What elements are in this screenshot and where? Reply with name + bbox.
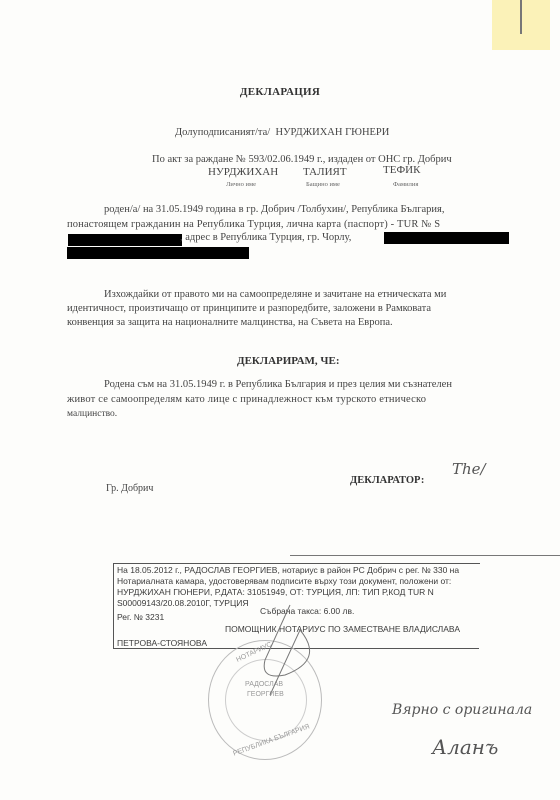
notary-signature-scribble — [230, 600, 340, 720]
redaction-address — [384, 232, 509, 244]
notary-line-1: На 18.05.2012 г., РАДОСЛАВ ГЕОРГИЕВ, нот… — [117, 565, 459, 575]
father-name-caption: Бащино име — [306, 181, 340, 188]
intro-line-1: Изхождайки от правото ми на самоопределя… — [104, 289, 446, 300]
birth-line-1: роден/а/ на 31.05.1949 година в гр. Добр… — [104, 204, 445, 215]
handwritten-signature: Аланъ — [432, 735, 498, 759]
document-title: ДЕКЛАРАЦИЯ — [0, 86, 560, 98]
undersigned-line: Долуподписаният/та/ НУРДЖИХАН ГЮНЕРИ — [175, 127, 389, 138]
family-name-caption: Фамилия — [393, 181, 418, 188]
sticky-note — [492, 0, 550, 50]
birth-line-3: , адрес в Република Турция, гр. Чорлу, — [180, 232, 351, 243]
undersigned-name: НУРДЖИХАН ГЮНЕРИ — [275, 127, 389, 138]
notary-line-2: Нотариалната камара, удостоверявам подпи… — [117, 576, 451, 586]
redaction-address-2 — [67, 247, 249, 259]
first-name-caption: Лично име — [226, 181, 256, 188]
notary-line-3: НУРДЖИХАН ГЮНЕРИ, Р.ДАТА: 31051949, ОТ: … — [117, 587, 434, 597]
intro-line-2: идентичност, произтичащо от принципите и… — [67, 303, 431, 314]
city-label: Гр. Добрич — [106, 483, 153, 494]
first-name: НУРДЖИХАН — [208, 166, 278, 178]
pen-mark — [520, 0, 522, 34]
undersigned-label: Долуподписаният/та/ — [175, 127, 270, 138]
declare-line-1: Родена съм на 31.05.1949 г. в Република … — [104, 379, 452, 390]
notary-assistant-name: ПЕТРОВА-СТОЯНОВА — [117, 638, 207, 648]
notary-top-line — [290, 555, 560, 556]
birth-line-2: понастоящем гражданин на Република Турци… — [67, 219, 440, 230]
declare-line-3: малцинство. — [67, 409, 117, 419]
declarator-label: ДЕКЛАРАТОР: — [350, 475, 424, 486]
redaction-passport — [68, 234, 182, 246]
declare-line-2: живот се самоопределям като лице с прина… — [67, 394, 426, 405]
declare-heading: ДЕКЛАРИРАМ, ЧЕ: — [237, 355, 340, 367]
notary-reg-number: Рег. № 3231 — [117, 612, 164, 622]
handwritten-certified-note: Вярно с оригинала — [392, 702, 532, 718]
declarator-signature: Тhe/ — [452, 460, 486, 478]
notary-line-4: S00009143/20.08.2010Г, ТУРЦИЯ — [117, 598, 248, 608]
intro-line-3: конвенция за защита на националните малц… — [67, 317, 393, 328]
family-name: ТЕФИК — [383, 164, 420, 176]
father-name: ТАЛИЯТ — [303, 166, 347, 178]
